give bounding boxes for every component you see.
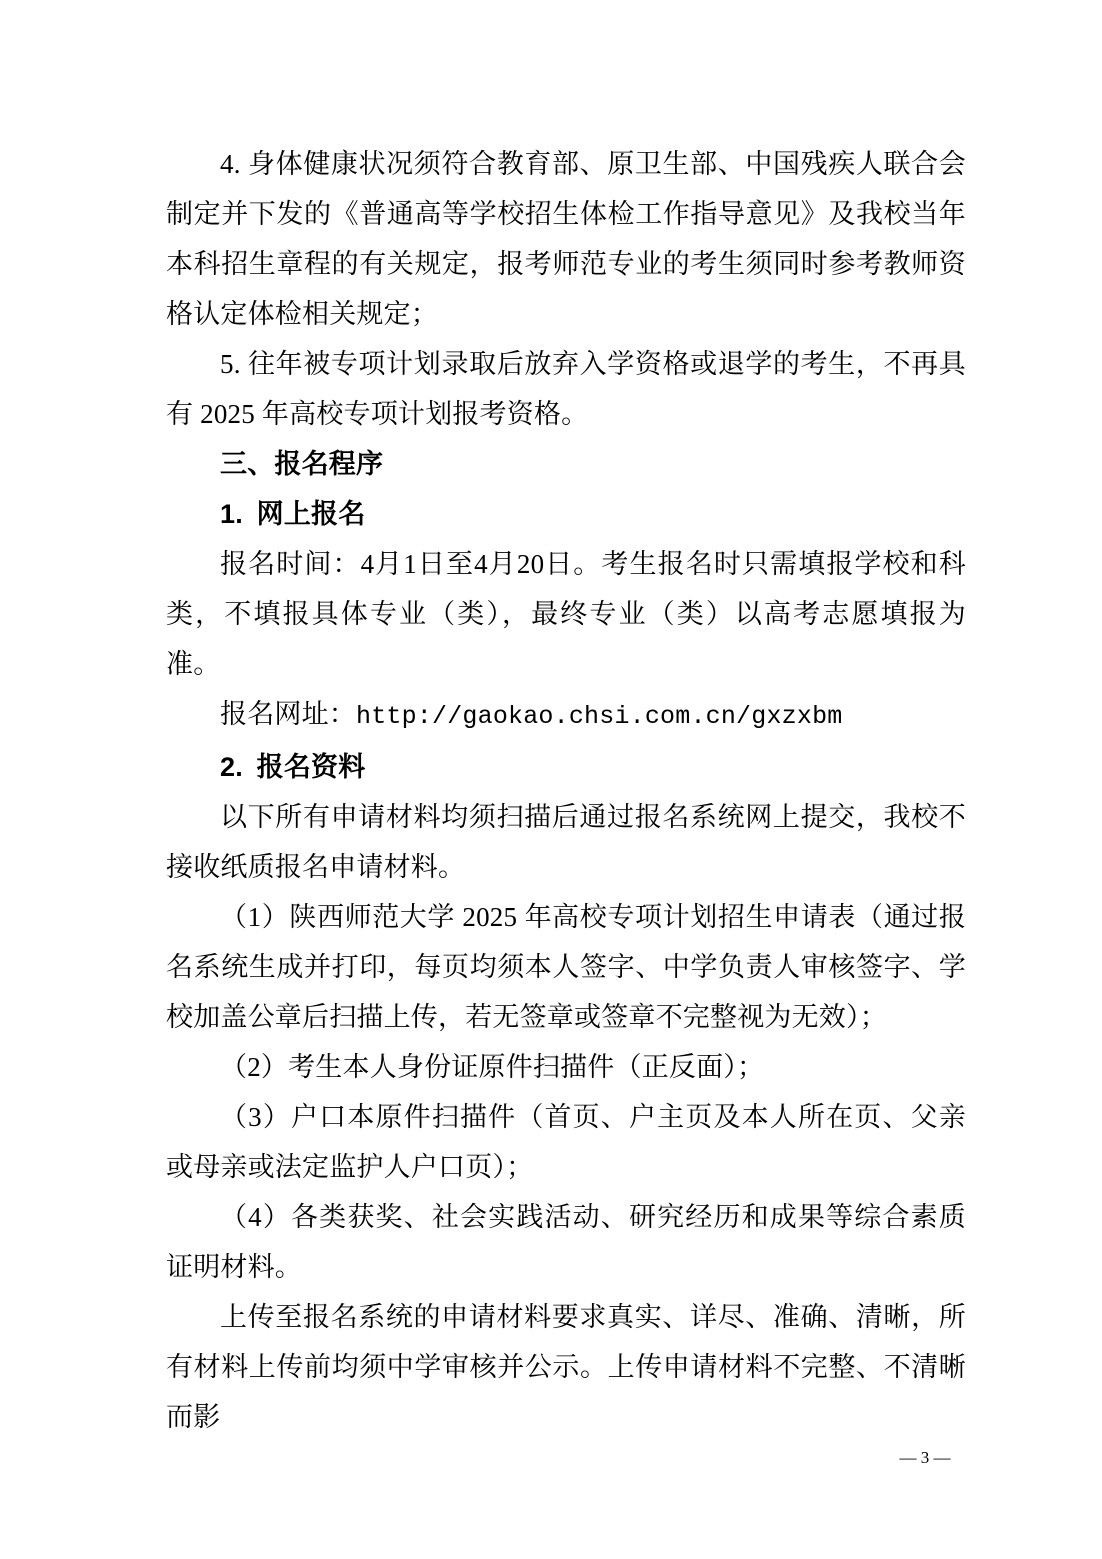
paragraph-material-application-form: （1）陕西师范大学 2025 年高校专项计划招生申请表（通过报名系统生成并打印，… xyxy=(166,892,966,1042)
subheading-online-registration: 1. 网上报名 xyxy=(166,489,966,539)
paragraph-health-requirement: 4. 身体健康状况须符合教育部、原卫生部、中国残疾人联合会制定并下发的《普通高等… xyxy=(166,139,966,339)
paragraph-forfeit-rule: 5. 往年被专项计划录取后放弃入学资格或退学的考生，不再具有 2025 年高校专… xyxy=(166,339,966,439)
subheading-application-materials: 2. 报名资料 xyxy=(166,742,966,792)
section-heading-application-procedure: 三、报名程序 xyxy=(166,439,966,489)
paragraph-material-awards: （4）各类获奖、社会实践活动、研究经历和成果等综合素质证明材料。 xyxy=(166,1192,966,1292)
document-body: 4. 身体健康状况须符合教育部、原卫生部、中国残疾人联合会制定并下发的《普通高等… xyxy=(166,139,966,1442)
paragraph-materials-intro: 以下所有申请材料均须扫描后通过报名系统网上提交，我校不接收纸质报名申请材料。 xyxy=(166,792,966,892)
registration-url-label: 报名网址： xyxy=(220,699,356,729)
paragraph-materials-upload-note: 上传至报名系统的申请材料要求真实、详尽、准确、清晰，所有材料上传前均须中学审核并… xyxy=(166,1292,966,1442)
page-number: — 3 — xyxy=(880,1446,970,1470)
paragraph-material-id-card: （2）考生本人身份证原件扫描件（正反面）； xyxy=(166,1042,966,1092)
registration-url-link[interactable]: http://gaokao.chsi.com.cn/gxzxbm xyxy=(356,702,842,731)
paragraph-material-household-register: （3）户口本原件扫描件（首页、户主页及本人所在页、父亲或母亲或法定监护人户口页）… xyxy=(166,1092,966,1192)
paragraph-registration-url: 报名网址：http://gaokao.chsi.com.cn/gxzxbm xyxy=(166,689,966,742)
paragraph-registration-time: 报名时间：4月1日至4月20日。考生报名时只需填报学校和科类，不填报具体专业（类… xyxy=(166,539,966,689)
document-page: 4. 身体健康状况须符合教育部、原卫生部、中国残疾人联合会制定并下发的《普通高等… xyxy=(0,0,1102,1559)
